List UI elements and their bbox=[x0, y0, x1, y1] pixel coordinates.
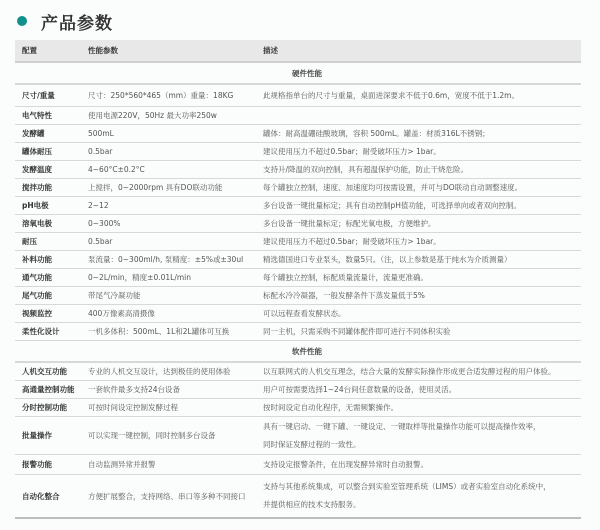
table-header: 配置 性能参数 描述 bbox=[15, 40, 581, 63]
cell-desc: 此规格指单台的尺寸与重量，桌面进深要求不低于0.6m，宽度不低于1.2m。 bbox=[263, 90, 581, 101]
cell-param: 专业的人机交互设计，达到极佳的使用体验 bbox=[88, 366, 263, 377]
cell-config: pH电极 bbox=[15, 200, 88, 211]
cell-param: 0~2L/min，精度±0.01L/min bbox=[88, 272, 263, 283]
table-row: 尺寸/重量尺寸：250*560*465（mm）重量：18KG此规格指单台的尺寸与… bbox=[15, 85, 581, 107]
cell-param: 2~12 bbox=[88, 201, 263, 210]
cell-config: 分时控制功能 bbox=[15, 402, 88, 413]
cell-config: 耐压 bbox=[15, 236, 88, 247]
cell-param: 使用电源220V，50Hz 最大功率250w bbox=[88, 110, 263, 121]
cell-config: 报警功能 bbox=[15, 459, 88, 470]
table-row: 报警功能自动监测异常并报警支持设定报警条件，在出现发酵异常时自动报警。 bbox=[15, 455, 581, 475]
cell-desc: 用户可按需要选择1~24台间任意数量的设备，使用灵活。 bbox=[263, 384, 581, 395]
cell-desc: 支持与其他系统集成，可以整合到实验室管理系统（LIMS）或者实验室自动化系统中，… bbox=[263, 478, 581, 514]
table-row: 搅拌功能上搅拌，0~2000rpm 具有DO联动功能每个罐独立控制，速度、加速度… bbox=[15, 179, 581, 197]
section-hardware: 硬件性能 bbox=[15, 63, 581, 85]
cell-config: 发酵罐 bbox=[15, 128, 88, 139]
cell-config: 批量操作 bbox=[15, 430, 88, 441]
cell-config: 罐体耐压 bbox=[15, 146, 88, 157]
cell-desc: 精选德国进口专业泵头，数量5只。（注，以上参数是基于纯水为介质测量） bbox=[263, 254, 581, 265]
cell-desc-line-2: 同时保证发酵过程的一致性。 bbox=[263, 436, 581, 454]
cell-config: 柔性化设计 bbox=[15, 326, 88, 337]
table-row: 电气特性使用电源220V，50Hz 最大功率250w bbox=[15, 107, 581, 125]
table-row: pH电极2~12多台设备一键批量标定；具有自动控制pH值功能，可选择单向或者双向… bbox=[15, 197, 581, 215]
cell-param: 500mL bbox=[88, 129, 263, 138]
cell-config: 补料功能 bbox=[15, 254, 88, 265]
cell-desc-line-1: 具有一键启动、一键下罐、一键设定、一键取样等批量操作功能可以提高操作效率， bbox=[263, 418, 581, 436]
cell-param: 自动监测异常并报警 bbox=[88, 459, 263, 470]
cell-config: 发酵温度 bbox=[15, 164, 88, 175]
cell-desc: 以互联网式的人机交互理念，结合大量的发酵实际操作形成更合适发酵过程的用户体验。 bbox=[263, 366, 581, 377]
cell-desc: 罐体：耐高温硼硅酸玻璃，容积 500mL。罐盖：材质316L不锈钢； bbox=[263, 128, 581, 139]
cell-config: 溶氧电极 bbox=[15, 218, 88, 229]
table-row: 柔性化设计一机多体积：500mL、1L和2L罐体可互换同一主机，只需采购不同罐体… bbox=[15, 323, 581, 341]
table-row: 补料功能泵流量：0~300ml/h, 泵精度：±5%或±30ul精选德国进口专业… bbox=[15, 251, 581, 269]
table-row: 尾气功能带尾气冷凝功能标配水冷冷凝器，一般发酵条件下蒸发量低于5% bbox=[15, 287, 581, 305]
cell-desc: 支持升/降温的双向控制，具有超温保护功能，防止干烧危险。 bbox=[263, 164, 581, 175]
page-title: 产品参数 bbox=[41, 9, 113, 34]
cell-param: 一机多体积：500mL、1L和2L罐体可互换 bbox=[88, 326, 263, 337]
cell-desc: 每个罐独立控制，速度、加速度均可按需设置，并可与DO联动自动调整速度。 bbox=[263, 182, 581, 193]
cell-desc: 可以远程查看发酵状态。 bbox=[263, 308, 581, 319]
cell-config: 电气特性 bbox=[15, 110, 88, 121]
cell-param: 0.5bar bbox=[88, 147, 263, 156]
table-row: 罐体耐压0.5bar建议使用压力不超过0.5bar；耐受破坏压力> 1bar。 bbox=[15, 143, 581, 161]
cell-config: 搅拌功能 bbox=[15, 182, 88, 193]
table-row: 通气功能0~2L/min，精度±0.01L/min每个罐独立控制，标配质量流量计… bbox=[15, 269, 581, 287]
table-row: 发酵温度4~60°C±0.2°C支持升/降温的双向控制，具有超温保护功能，防止干… bbox=[15, 161, 581, 179]
cell-desc: 支持设定报警条件，在出现发酵异常时自动报警。 bbox=[263, 459, 581, 470]
cell-config: 自动化整合 bbox=[15, 491, 88, 502]
cell-param: 一套软件最多支持24台设备 bbox=[88, 384, 263, 395]
cell-config: 人机交互功能 bbox=[15, 366, 88, 377]
cell-desc: 按时间设定自动化程序，无需频繁操作。 bbox=[263, 402, 581, 413]
cell-config: 视频监控 bbox=[15, 308, 88, 319]
section-software: 软件性能 bbox=[15, 341, 581, 363]
cell-config: 高通量控制功能 bbox=[15, 384, 88, 395]
cell-desc: 同一主机，只需采购不同罐体配件即可进行不同体积实验 bbox=[263, 326, 581, 337]
header-param: 性能参数 bbox=[88, 45, 263, 56]
cell-param: 可按时间设定控制发酵过程 bbox=[88, 402, 263, 413]
table-row: 批量操作可以实现一键控制，同时控制多台设备具有一键启动、一键下罐、一键设定、一键… bbox=[15, 417, 581, 455]
table-row: 分时控制功能可按时间设定控制发酵过程按时间设定自动化程序，无需频繁操作。 bbox=[15, 399, 581, 417]
cell-config: 尺寸/重量 bbox=[15, 90, 88, 101]
cell-desc-line-2: 并提供相应的技术支持服务。 bbox=[263, 496, 581, 514]
table-row: 发酵罐500mL罐体：耐高温硼硅酸玻璃，容积 500mL。罐盖：材质316L不锈… bbox=[15, 125, 581, 143]
cell-desc: 多台设备一键批量标定；具有自动控制pH值功能，可选择单向或者双向控制。 bbox=[263, 200, 581, 211]
page-heading: 产品参数 bbox=[17, 8, 113, 34]
cell-config: 通气功能 bbox=[15, 272, 88, 283]
table-row: 自动化整合方便扩展整合，支持网络、串口等多种不同接口支持与其他系统集成，可以整合… bbox=[15, 475, 581, 519]
cell-param: 尺寸：250*560*465（mm）重量：18KG bbox=[88, 90, 263, 101]
bullet-dot-icon bbox=[17, 16, 27, 26]
cell-param: 带尾气冷凝功能 bbox=[88, 290, 263, 301]
cell-config: 尾气功能 bbox=[15, 290, 88, 301]
table-row: 人机交互功能专业的人机交互设计，达到极佳的使用体验以互联网式的人机交互理念，结合… bbox=[15, 363, 581, 381]
cell-param: 可以实现一键控制，同时控制多台设备 bbox=[88, 430, 263, 441]
section-label: 软件性能 bbox=[292, 346, 322, 357]
cell-desc-line-1: 支持与其他系统集成，可以整合到实验室管理系统（LIMS）或者实验室自动化系统中， bbox=[263, 478, 581, 496]
product-parameters-table: 配置 性能参数 描述 硬件性能 尺寸/重量尺寸：250*560*465（mm）重… bbox=[15, 40, 581, 519]
cell-param: 0.5bar bbox=[88, 237, 263, 246]
cell-desc: 标配水冷冷凝器，一般发酵条件下蒸发量低于5% bbox=[263, 290, 581, 301]
header-desc: 描述 bbox=[263, 45, 581, 56]
cell-desc: 多台设备一键批量标定；标配光氧电极，方便维护。 bbox=[263, 218, 581, 229]
cell-param: 4~60°C±0.2°C bbox=[88, 165, 263, 174]
cell-desc: 建议使用压力不超过0.5bar；耐受破坏压力> 1bar。 bbox=[263, 146, 581, 157]
table-row: 耐压0.5bar建议使用压力不超过0.5bar；耐受破坏压力> 1bar。 bbox=[15, 233, 581, 251]
cell-desc: 每个罐独立控制，标配质量流量计，流量更准确。 bbox=[263, 272, 581, 283]
cell-desc: 建议使用压力不超过0.5bar；耐受破坏压力> 1bar。 bbox=[263, 236, 581, 247]
cell-param: 0~300% bbox=[88, 219, 263, 228]
table-row: 溶氧电极0~300%多台设备一键批量标定；标配光氧电极，方便维护。 bbox=[15, 215, 581, 233]
cell-param: 方便扩展整合，支持网络、串口等多种不同接口 bbox=[88, 491, 263, 502]
table-row: 视频监控400万像素高清摄像可以远程查看发酵状态。 bbox=[15, 305, 581, 323]
table-row: 高通量控制功能一套软件最多支持24台设备用户可按需要选择1~24台间任意数量的设… bbox=[15, 381, 581, 399]
cell-param: 泵流量：0~300ml/h, 泵精度：±5%或±30ul bbox=[88, 254, 263, 265]
cell-param: 400万像素高清摄像 bbox=[88, 308, 263, 319]
header-config: 配置 bbox=[15, 45, 88, 56]
cell-param: 上搅拌，0~2000rpm 具有DO联动功能 bbox=[88, 182, 263, 193]
section-label: 硬件性能 bbox=[292, 68, 322, 79]
cell-desc: 具有一键启动、一键下罐、一键设定、一键取样等批量操作功能可以提高操作效率，同时保… bbox=[263, 418, 581, 454]
